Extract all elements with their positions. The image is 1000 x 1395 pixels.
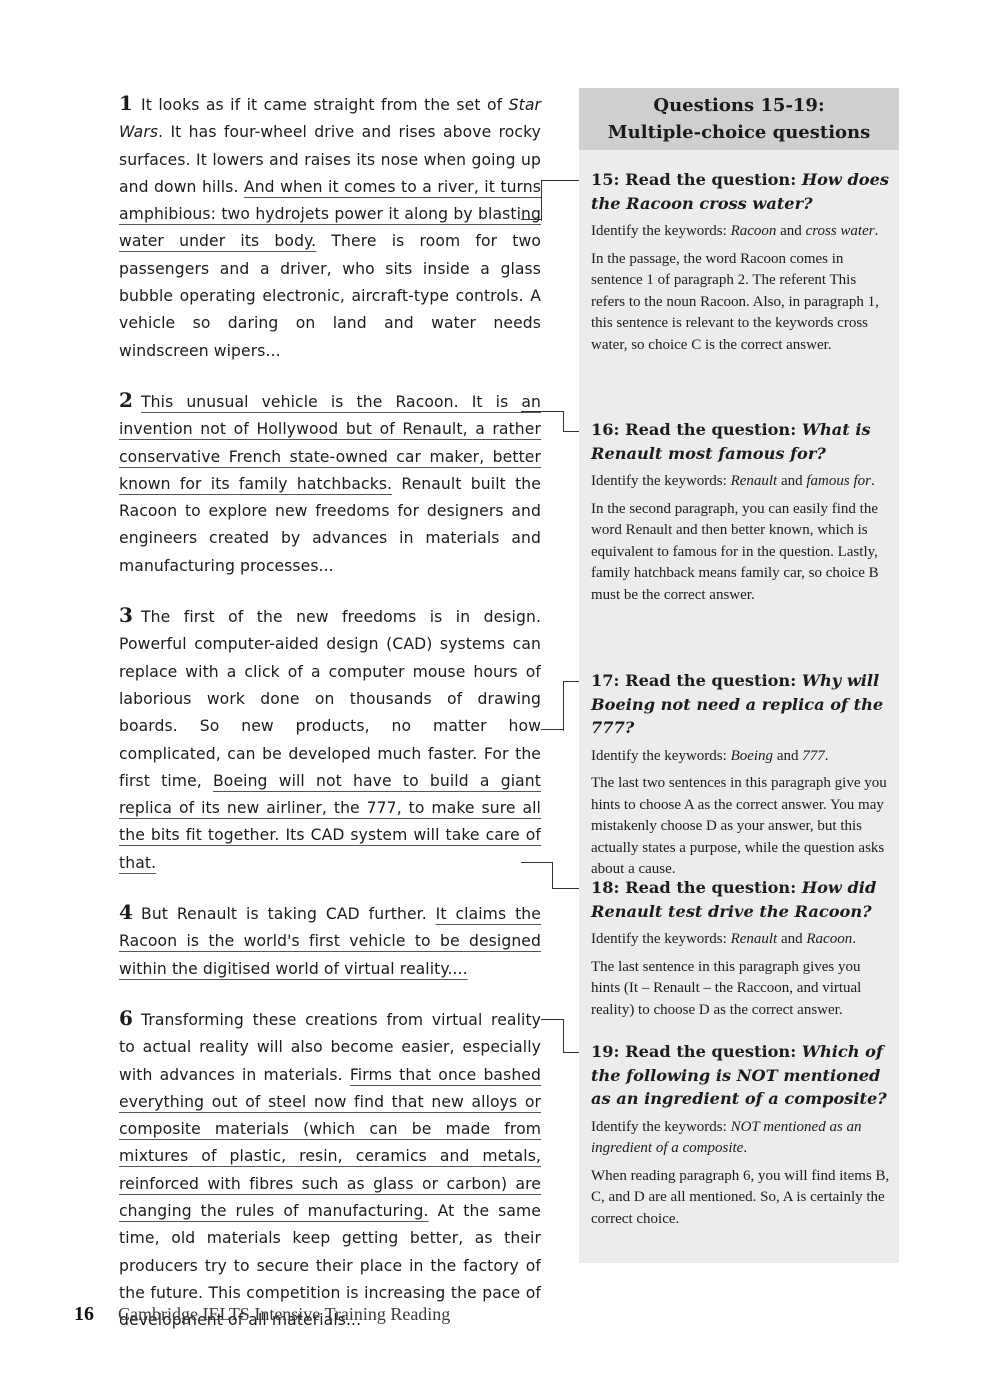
panel-heading: Questions 15-19: Multiple-choice questio… (579, 88, 899, 150)
question-explanation: The last sentence in this paragraph give… (591, 957, 891, 1022)
paragraph-2: 2This unusual vehicle is the Racoon. It … (119, 387, 541, 580)
paragraph-number: 6 (119, 1006, 133, 1030)
connector-line-q16 (521, 411, 564, 432)
question-title: 18: Read the question: How did Renault t… (591, 876, 891, 923)
reading-passage: 1It looks as if it came straight from th… (119, 90, 541, 1356)
paragraph-number: 1 (119, 91, 133, 115)
questions-panel: Questions 15-19: Multiple-choice questio… (579, 88, 899, 1263)
paragraph-number: 3 (119, 603, 133, 627)
question-19: 19: Read the question: Which of the foll… (591, 1040, 891, 1236)
paragraph-6: 6Transforming these creations from virtu… (119, 1005, 541, 1335)
question-keywords: Identify the keywords: NOT mentioned as … (591, 1117, 891, 1160)
question-title: 16: Read the question: What is Renault m… (591, 418, 891, 465)
paragraph-1: 1It looks as if it came straight from th… (119, 90, 541, 365)
connector-line-q15-foot (521, 219, 541, 220)
question-explanation: In the second paragraph, you can easily … (591, 499, 891, 607)
question-title: 15: Read the question: How does the Raco… (591, 168, 891, 215)
connector-line-q18 (521, 862, 553, 889)
connector-line-q19 (541, 1019, 563, 1020)
question-keywords: Identify the keywords: Boeing and 777. (591, 746, 891, 768)
paragraph-number: 2 (119, 388, 133, 412)
book-title: Cambridge IELTS Intensive Training Readi… (118, 1304, 450, 1324)
question-keywords: Identify the keywords: Racoon and cross … (591, 221, 891, 243)
question-title: 19: Read the question: Which of the foll… (591, 1040, 891, 1111)
underlined-evidence-q19: Firms that once bashed everything out of… (119, 1066, 541, 1220)
question-18: 18: Read the question: How did Renault t… (591, 876, 891, 1027)
question-explanation: The last two sentences in this paragraph… (591, 773, 891, 881)
question-explanation: In the passage, the word Racoon comes in… (591, 249, 891, 357)
question-17: 17: Read the question: Why will Boeing n… (591, 669, 891, 887)
page-number: 16 (74, 1303, 94, 1325)
question-explanation: When reading paragraph 6, you will find … (591, 1166, 891, 1231)
paragraph-number: 4 (119, 900, 133, 924)
question-16: 16: Read the question: What is Renault m… (591, 418, 891, 612)
question-keywords: Identify the keywords: Renault and famou… (591, 471, 891, 493)
question-keywords: Identify the keywords: Renault and Racoo… (591, 929, 891, 951)
paragraph-3: 3The first of the new freedoms is in des… (119, 602, 541, 877)
paragraph-4: 4But Renault is taking CAD further. It c… (119, 899, 541, 983)
connector-line-q17-foot (541, 729, 563, 730)
question-title: 17: Read the question: Why will Boeing n… (591, 669, 891, 740)
page-footer: 16Cambridge IELTS Intensive Training Rea… (74, 1303, 450, 1326)
question-15: 15: Read the question: How does the Raco… (591, 168, 891, 362)
